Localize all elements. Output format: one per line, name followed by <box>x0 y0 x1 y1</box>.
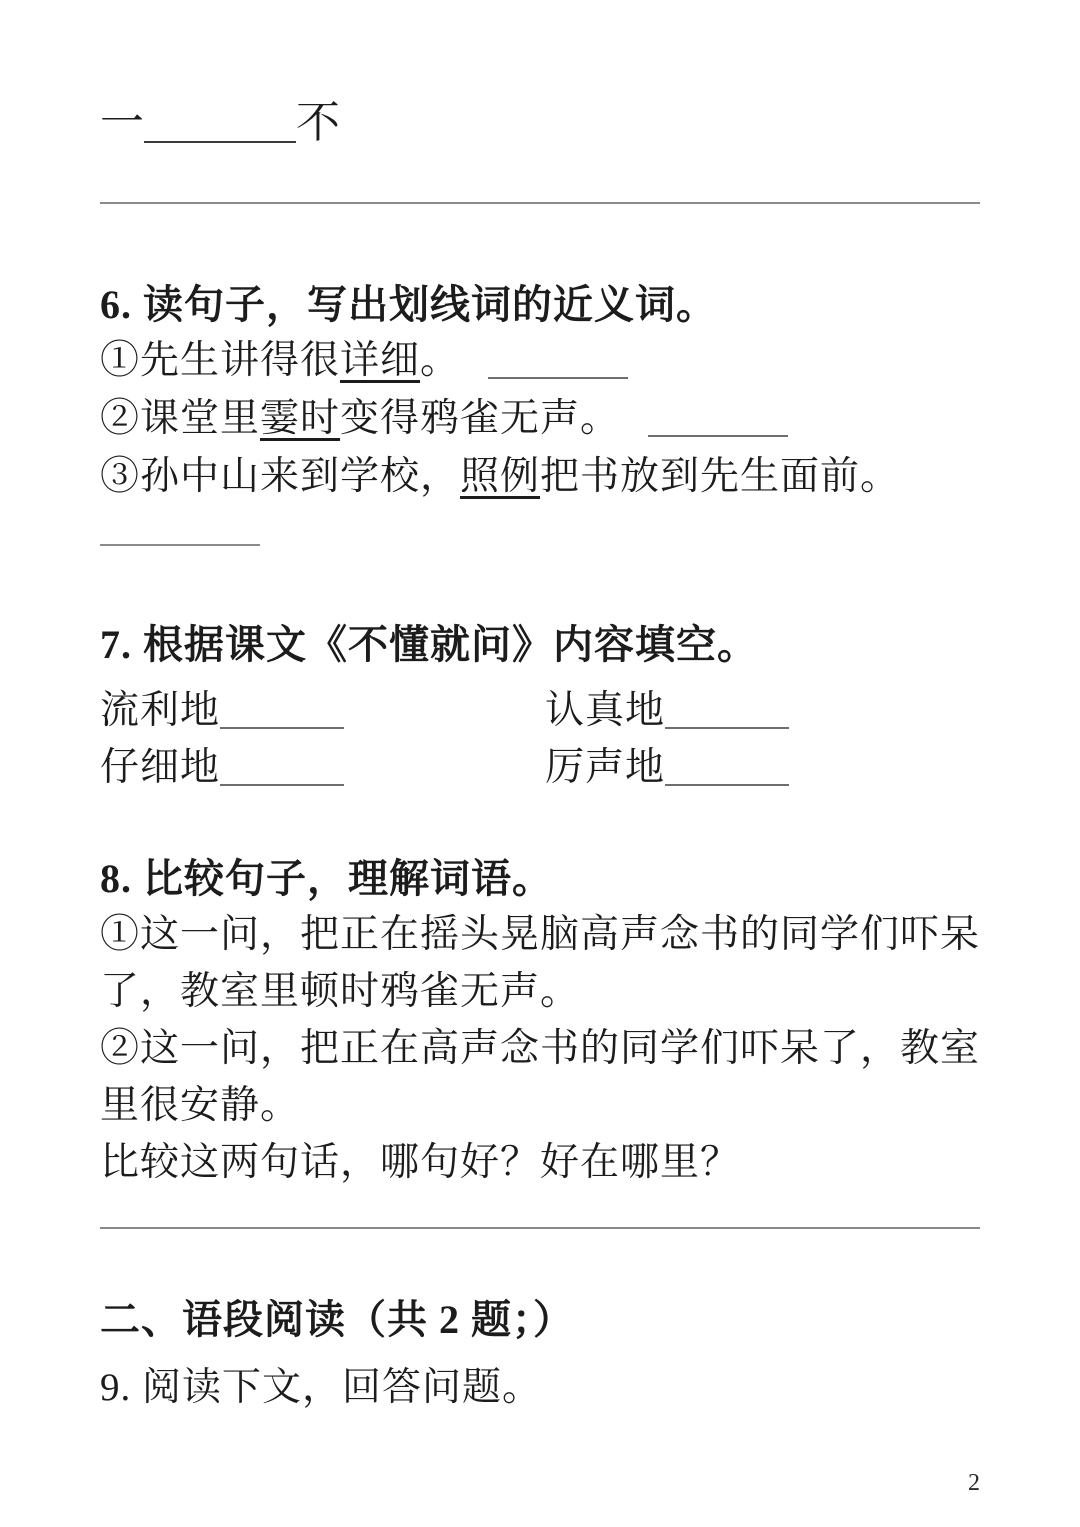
q6-item-2: ②课堂里霎时变得鸦雀无声。 <box>100 390 980 448</box>
q7-item-3-answer-blank <box>220 746 344 786</box>
q7-item-4: 厉声地 <box>545 739 980 796</box>
worksheet-page: 一不 6. 读句子，写出划线词的近义词。 ①先生讲得很详细。 ②课堂里霎时变得鸦… <box>0 0 1080 1527</box>
idiom-prefix: 一 <box>100 98 144 147</box>
q6-item-1: ①先生讲得很详细。 <box>100 332 980 390</box>
worksheet-content: 一不 6. 读句子，写出划线词的近义词。 ①先生讲得很详细。 ②课堂里霎时变得鸦… <box>0 94 1080 1416</box>
q8-sentence-2: ②这一问，把正在高声念书的同学们吓呆了，教室里很安静。 <box>100 1020 980 1134</box>
answer-rule-bottom <box>100 1227 980 1229</box>
q6-item-2-post: 变得鸦雀无声。 <box>340 397 620 440</box>
q7-item-4-label: 厉声地 <box>545 746 665 789</box>
q6-heading: 6. 读句子，写出划线词的近义词。 <box>100 278 980 332</box>
idiom-suffix: 不 <box>296 98 340 147</box>
q7-item-3-label: 仔细地 <box>100 746 220 789</box>
q6-item-1-pre: ①先生讲得很 <box>100 339 340 382</box>
q6-item-3-underlined-word: 照例 <box>460 455 540 498</box>
q7-item-2: 认真地 <box>545 682 980 739</box>
q6-item-3-post: 把书放到先生面前。 <box>540 455 900 498</box>
q8-sentence-1: ①这一问，把正在摇头晃脑高声念书的同学们吓呆了，教室里顿时鸦雀无声。 <box>100 906 980 1020</box>
q6-item-3: ③孙中山来到学校，照例把书放到先生面前。 <box>100 448 980 506</box>
q6-item-2-answer-blank <box>648 397 788 437</box>
q7-fill-grid: 流利地 认真地 仔细地 厉声地 <box>100 682 980 796</box>
answer-rule-top <box>100 202 980 204</box>
q6-item-2-pre: ②课堂里 <box>100 397 260 440</box>
q6-item-1-post: 。 <box>420 339 460 382</box>
q6-item-3-pre: ③孙中山来到学校， <box>100 455 460 498</box>
idiom-fill-line: 一不 <box>100 94 980 152</box>
q6-item-2-underlined-word: 霎时 <box>260 397 340 440</box>
q7-item-2-label: 认真地 <box>545 689 665 732</box>
q8-question: 比较这两句话，哪句好？好在哪里？ <box>100 1134 980 1191</box>
idiom-answer-blank <box>144 103 296 143</box>
q6-item-3-answer-blank <box>100 518 260 546</box>
q7-item-2-answer-blank <box>665 689 789 729</box>
q7-item-1-label: 流利地 <box>100 689 220 732</box>
q7-heading: 7. 根据课文《不懂就问》内容填空。 <box>100 618 980 672</box>
section2-heading: 二、语段阅读（共 2 题；） <box>100 1293 980 1347</box>
q7-item-1-answer-blank <box>220 689 344 729</box>
q7-item-3: 仔细地 <box>100 739 545 796</box>
page-number: 2 <box>968 1468 980 1498</box>
q7-item-4-answer-blank <box>665 746 789 786</box>
q7-item-1: 流利地 <box>100 682 545 739</box>
q6-item-1-underlined-word: 详细 <box>340 339 420 382</box>
q9-heading: 9. 阅读下文，回答问题。 <box>100 1359 980 1416</box>
q6-item-3-answer-row <box>100 518 980 548</box>
q8-heading: 8. 比较句子，理解词语。 <box>100 852 980 906</box>
q6-item-1-answer-blank <box>488 339 628 379</box>
